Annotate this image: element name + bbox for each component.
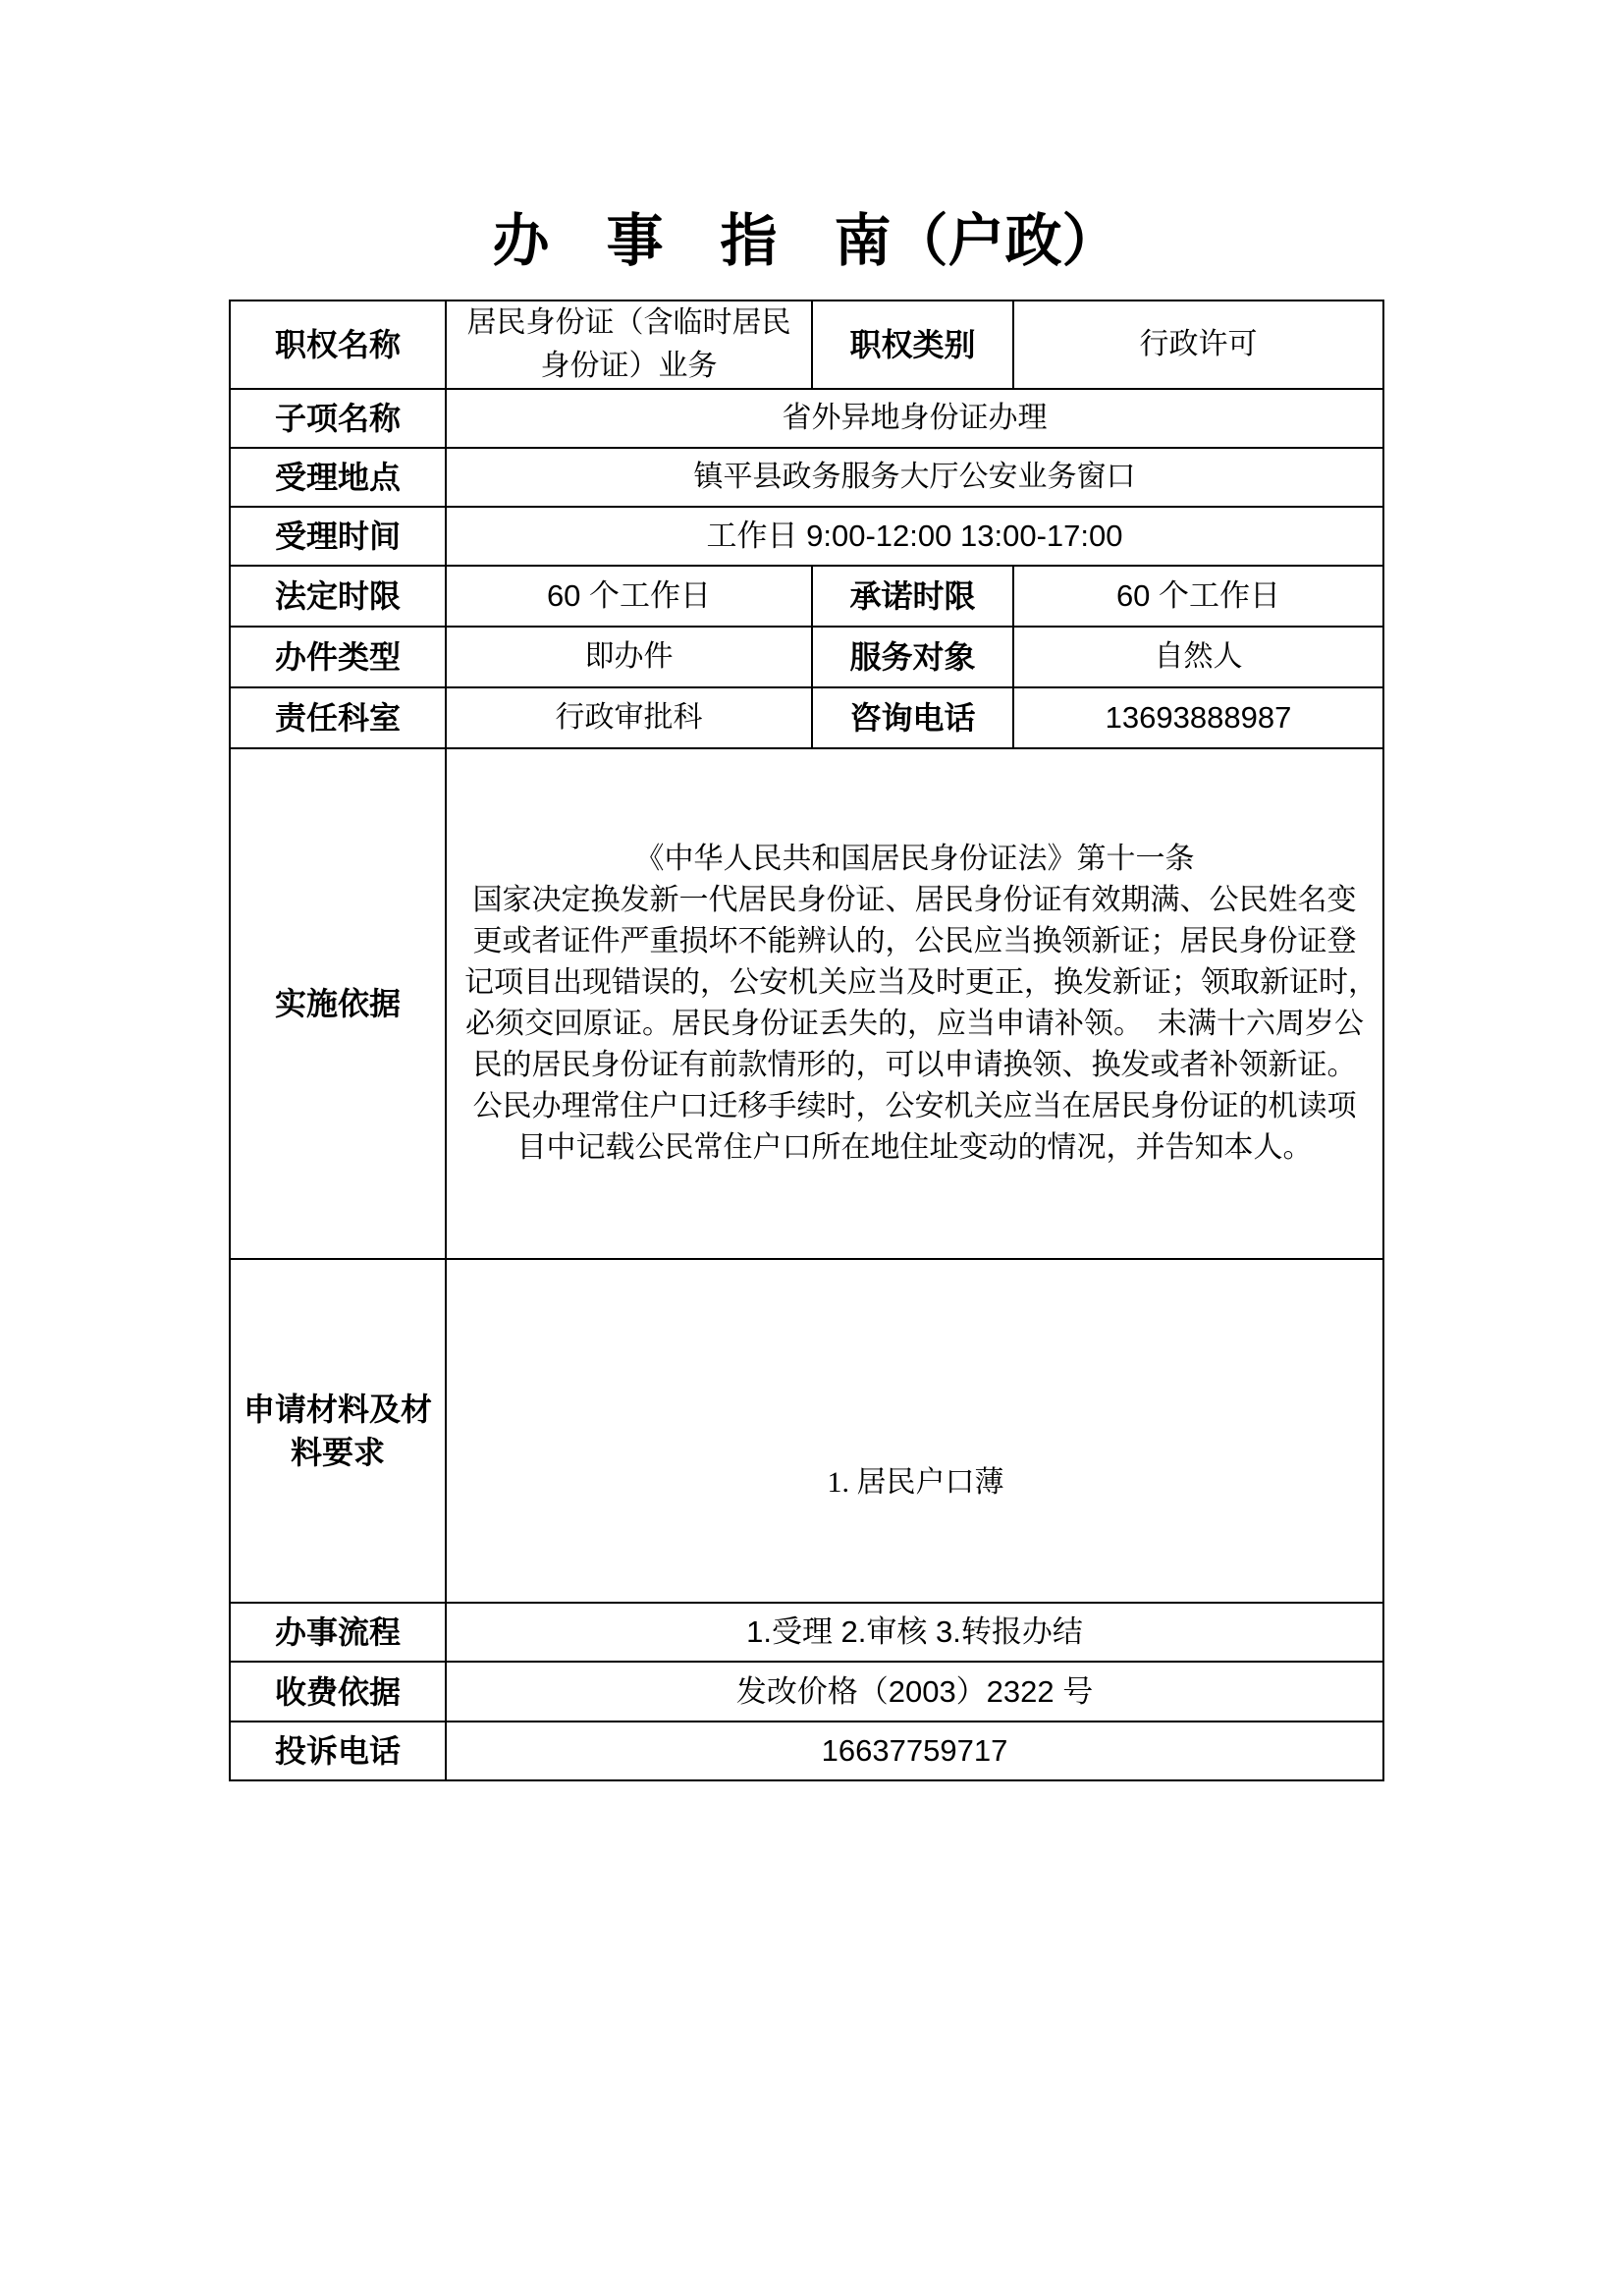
service-target-label: 服务对象 xyxy=(812,627,1013,687)
department-value: 行政审批科 xyxy=(446,687,812,748)
authority-type-label: 职权类别 xyxy=(812,301,1013,389)
authority-name-label: 职权名称 xyxy=(230,301,446,389)
process-label: 办事流程 xyxy=(230,1603,446,1662)
legal-limit-value: 60 个工作日 xyxy=(446,566,812,627)
location-label: 受理地点 xyxy=(230,448,446,507)
basis-line: 《中华人民共和国居民身份证法》第十一条 xyxy=(464,839,1365,880)
department-label: 责任科室 xyxy=(230,687,446,748)
row-time: 受理时间 工作日 9:00-12:00 13:00-17:00 xyxy=(230,507,1383,566)
basis-line: 更或者证件严重损坏不能辨认的，公民应当换领新证；居民身份证登 xyxy=(464,921,1365,962)
row-complaint-phone: 投诉电话 16637759717 xyxy=(230,1722,1383,1780)
consult-phone-value: 13693888987 xyxy=(1013,687,1383,748)
basis-line: 记项目出现错误的，公安机关应当及时更正，换发新证；领取新证时， xyxy=(464,962,1365,1004)
case-type-label: 办件类型 xyxy=(230,627,446,687)
row-fee: 收费依据 发改价格（2003）2322 号 xyxy=(230,1662,1383,1722)
row-case-type: 办件类型 即办件 服务对象 自然人 xyxy=(230,627,1383,687)
row-authority-name: 职权名称 居民身份证（含临时居民身份证）业务 职权类别 行政许可 xyxy=(230,301,1383,389)
row-materials: 申请材料及材料要求 1. 居民户口薄 xyxy=(230,1259,1383,1603)
basis-line: 国家决定换发新一代居民身份证、居民身份证有效期满、公民姓名变 xyxy=(464,880,1365,921)
fee-value: 发改价格（2003）2322 号 xyxy=(446,1662,1383,1722)
materials-label: 申请材料及材料要求 xyxy=(230,1259,446,1603)
promised-limit-value: 60 个工作日 xyxy=(1013,566,1383,627)
basis-label: 实施依据 xyxy=(230,748,446,1259)
basis-line: 公民办理常住户口迁移手续时，公安机关应当在居民身份证的机读项 xyxy=(464,1086,1365,1127)
fee-label: 收费依据 xyxy=(230,1662,446,1722)
authority-type-value: 行政许可 xyxy=(1013,301,1383,389)
subitem-label: 子项名称 xyxy=(230,389,446,448)
consult-phone-label: 咨询电话 xyxy=(812,687,1013,748)
complaint-phone-label: 投诉电话 xyxy=(230,1722,446,1780)
service-target-value: 自然人 xyxy=(1013,627,1383,687)
document-page: 办 事 指 南（户政） 职权名称 居民身份证（含临时居民身份证）业务 职权类别 … xyxy=(0,0,1623,2296)
subitem-value: 省外异地身份证办理 xyxy=(446,389,1383,448)
promised-limit-label: 承诺时限 xyxy=(812,566,1013,627)
page-title: 办 事 指 南（户政） xyxy=(229,199,1382,284)
complaint-phone-value: 16637759717 xyxy=(446,1722,1383,1780)
row-basis: 实施依据 《中华人民共和国居民身份证法》第十一条 国家决定换发新一代居民身份证、… xyxy=(230,748,1383,1259)
case-type-value: 即办件 xyxy=(446,627,812,687)
row-limits: 法定时限 60 个工作日 承诺时限 60 个工作日 xyxy=(230,566,1383,627)
row-process: 办事流程 1.受理 2.审核 3.转报办结 xyxy=(230,1603,1383,1662)
basis-line: 必须交回原证。居民身份证丢失的，应当申请补领。 未满十六周岁公 xyxy=(464,1004,1365,1045)
time-value: 工作日 9:00-12:00 13:00-17:00 xyxy=(446,507,1383,566)
authority-name-value: 居民身份证（含临时居民身份证）业务 xyxy=(446,301,812,389)
materials-value: 1. 居民户口薄 xyxy=(446,1259,1383,1603)
process-value: 1.受理 2.审核 3.转报办结 xyxy=(446,1603,1383,1662)
basis-text: 《中华人民共和国居民身份证法》第十一条 国家决定换发新一代居民身份证、居民身份证… xyxy=(446,748,1383,1259)
legal-limit-label: 法定时限 xyxy=(230,566,446,627)
basis-line: 目中记载公民常住户口所在地住址变动的情况，并告知本人。 xyxy=(464,1127,1365,1169)
row-subitem: 子项名称 省外异地身份证办理 xyxy=(230,389,1383,448)
service-guide-table: 职权名称 居民身份证（含临时居民身份证）业务 职权类别 行政许可 子项名称 省外… xyxy=(229,300,1384,1781)
time-label: 受理时间 xyxy=(230,507,446,566)
row-location: 受理地点 镇平县政务服务大厅公安业务窗口 xyxy=(230,448,1383,507)
row-department: 责任科室 行政审批科 咨询电话 13693888987 xyxy=(230,687,1383,748)
location-value: 镇平县政务服务大厅公安业务窗口 xyxy=(446,448,1383,507)
basis-line: 民的居民身份证有前款情形的，可以申请换领、换发或者补领新证。 xyxy=(464,1045,1365,1086)
